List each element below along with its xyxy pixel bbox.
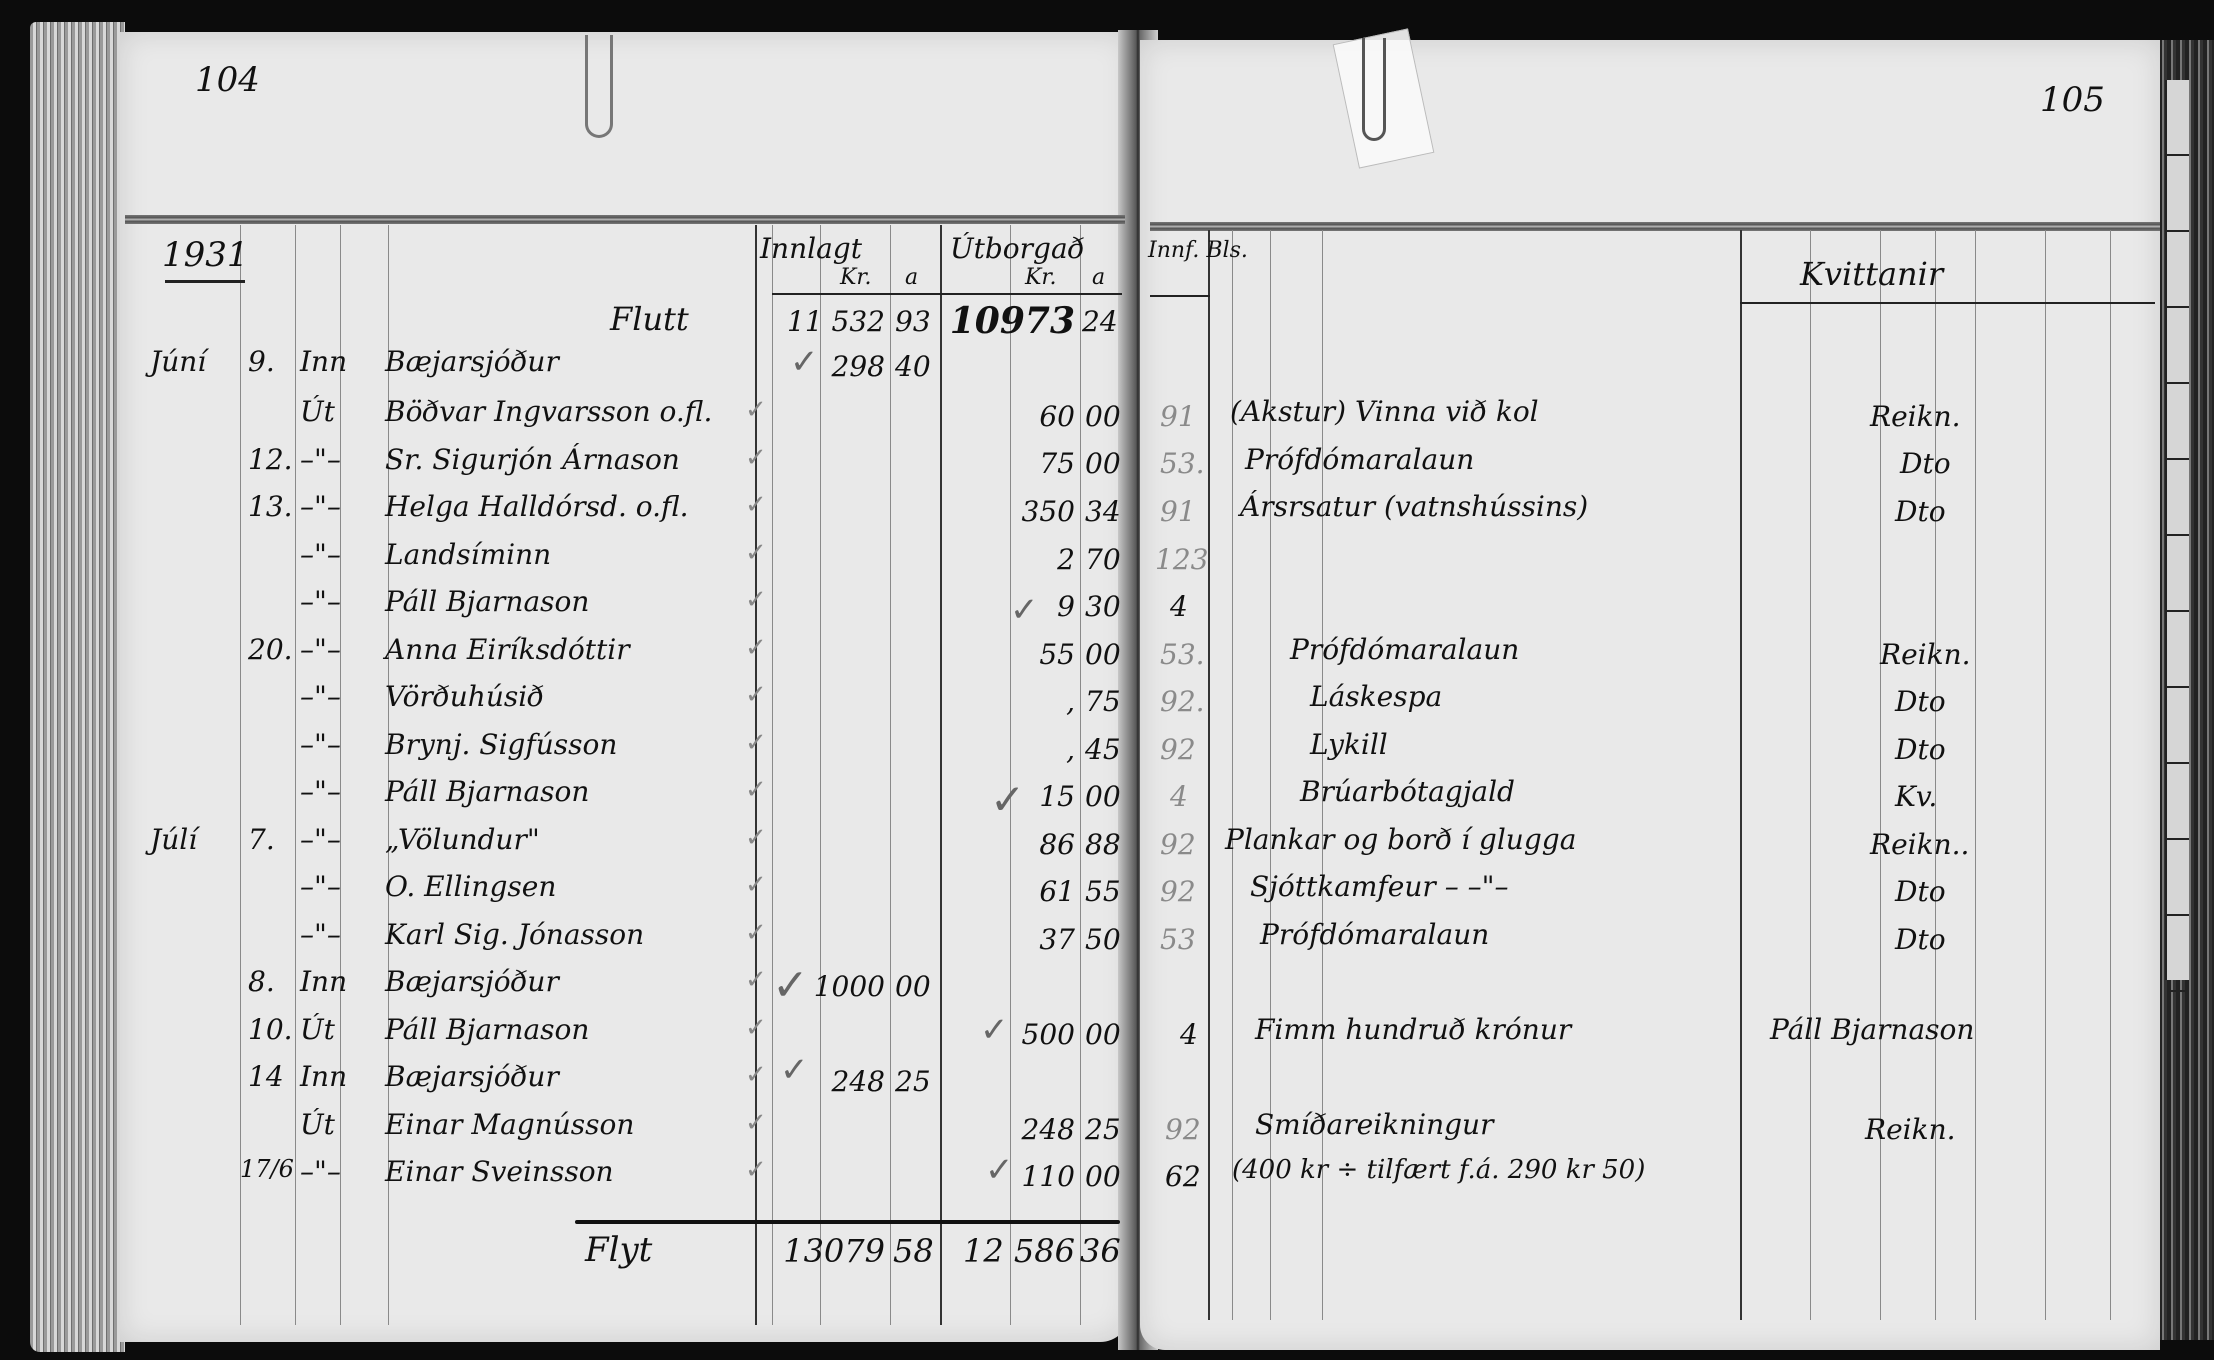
- row-receipt: Reikn..: [1870, 828, 1969, 861]
- receipts-heading: Kvittanir: [1800, 255, 1943, 293]
- row-month: Júní: [150, 345, 206, 378]
- row-type: Inn: [300, 965, 347, 998]
- row-ref: 53: [1160, 923, 1196, 956]
- carried-forward-withdrawal-kr: 10973: [945, 300, 1075, 342]
- row-out-kr: 110: [1000, 1160, 1075, 1193]
- row-out-aur: 00: [1085, 400, 1121, 433]
- row-name: Vörðuhúsið: [385, 680, 544, 713]
- row-description: Fimm hundruð krónur: [1255, 1013, 1571, 1046]
- book-edge-left: [30, 22, 125, 1352]
- row-type: –"–: [300, 918, 341, 951]
- row-type: Út: [300, 395, 335, 428]
- row-description: Smíðareikningur: [1255, 1108, 1493, 1141]
- row-receipt: Dto: [1895, 875, 1946, 908]
- row-receipt: Dto: [1895, 733, 1946, 766]
- row-ref: 92.: [1160, 685, 1205, 718]
- row-ref: 4: [1170, 780, 1188, 813]
- row-type: –"–: [300, 680, 341, 713]
- row-in-aur: 00: [895, 970, 931, 1003]
- row-name: Brynj. Sigfússon: [385, 728, 617, 761]
- row-description: (Akstur) Vinna við kol: [1230, 395, 1539, 428]
- row-type: –"–: [300, 490, 341, 523]
- row-name: Anna Eiríksdóttir: [385, 633, 630, 666]
- carried-forward-deposit-aur: 93: [895, 305, 931, 338]
- row-type: –"–: [300, 585, 341, 618]
- carry-over-withdrawal-aur: 36: [1080, 1232, 1121, 1270]
- deposits-kr-heading: Kr.: [840, 265, 872, 290]
- row-description: Prófdómaralaun: [1245, 443, 1474, 476]
- row-type: –"–: [300, 1155, 341, 1188]
- row-day: 14: [248, 1060, 284, 1093]
- row-receipt: Kv.: [1895, 780, 1937, 813]
- row-receipt: Dto: [1895, 685, 1946, 718]
- deposits-heading: Innlagt: [760, 232, 862, 265]
- row-in-aur: 40: [895, 350, 931, 383]
- row-out-aur: 75: [1085, 685, 1121, 718]
- row-out-kr: 61: [1000, 875, 1075, 908]
- row-out-aur: 55: [1085, 875, 1121, 908]
- row-type: Inn: [300, 345, 347, 378]
- carry-over-deposit-kr: 13079: [760, 1232, 885, 1270]
- row-out-kr: 60: [1000, 400, 1075, 433]
- right-page: [1140, 40, 2160, 1350]
- paperclip-icon: [1362, 38, 1386, 141]
- header-rule-left: [125, 215, 1125, 224]
- row-day: 9.: [248, 345, 275, 378]
- row-out-aur: 00: [1085, 638, 1121, 671]
- row-name: Páll Bjarnason: [385, 1013, 589, 1046]
- row-type: –"–: [300, 775, 341, 808]
- row-day: 12.: [248, 443, 293, 476]
- row-out-kr: 15: [1000, 780, 1075, 813]
- row-name: Landsíminn: [385, 538, 551, 571]
- row-ref: 4: [1170, 590, 1188, 623]
- row-ref: 91: [1160, 400, 1196, 433]
- left-page: [120, 32, 1130, 1342]
- row-ref: 92: [1160, 828, 1196, 861]
- header-rule-right: [1150, 222, 2160, 231]
- row-receipt: Dto: [1895, 923, 1946, 956]
- row-out-kr: ,: [1000, 685, 1075, 718]
- row-type: Inn: [300, 1060, 347, 1093]
- row-type: –"–: [300, 823, 341, 856]
- row-type: –"–: [300, 443, 341, 476]
- row-in-aur: 25: [895, 1065, 931, 1098]
- row-ref: 92: [1165, 1113, 1201, 1146]
- row-name: „Völundur": [385, 823, 540, 856]
- row-out-kr: 500: [1000, 1018, 1075, 1051]
- row-ref: 53.: [1160, 447, 1205, 480]
- row-type: –"–: [300, 633, 341, 666]
- row-out-kr: ,: [1000, 733, 1075, 766]
- index-tabs: [2165, 80, 2189, 980]
- row-description: Prófdómaralaun: [1290, 633, 1519, 666]
- row-description: Ársrsatur (vatnshússins): [1240, 490, 1588, 523]
- row-receipt: Reikn.: [1880, 638, 1971, 671]
- right-page-number: 105: [2040, 80, 2105, 120]
- row-out-aur: 00: [1085, 1160, 1121, 1193]
- row-out-aur: 00: [1085, 780, 1121, 813]
- row-description: Láskespa: [1310, 680, 1442, 713]
- carry-over-deposit-aur: 58: [893, 1232, 934, 1270]
- withdrawals-aur-heading: a: [1092, 265, 1105, 290]
- row-name: Karl Sig. Jónasson: [385, 918, 644, 951]
- row-type: –"–: [300, 870, 341, 903]
- row-day: 8.: [248, 965, 275, 998]
- row-name: Páll Bjarnason: [385, 585, 589, 618]
- carried-forward-deposit-kr: 11 532: [770, 305, 885, 338]
- row-in-kr: 298: [815, 350, 885, 383]
- row-receipt-signature: Páll Bjarnason: [1770, 1013, 1974, 1046]
- carry-over-label: Flyt: [585, 1230, 652, 1270]
- row-receipt: Dto: [1900, 447, 1951, 480]
- row-name: O. Ellingsen: [385, 870, 556, 903]
- carried-forward-withdrawal-aur: 24: [1082, 305, 1118, 338]
- deposits-aur-heading: a: [905, 265, 918, 290]
- row-day: 13.: [248, 490, 293, 523]
- row-out-aur: 00: [1085, 447, 1121, 480]
- row-out-kr: 55: [1000, 638, 1075, 671]
- row-day: 10.: [248, 1013, 293, 1046]
- row-ref: 92: [1160, 875, 1196, 908]
- row-in-kr: 248: [800, 1065, 885, 1098]
- row-out-aur: 88: [1085, 828, 1121, 861]
- row-description: Sjóttkamfeur – –"–: [1250, 870, 1508, 903]
- row-receipt: Reikn.: [1870, 400, 1961, 433]
- row-out-kr: 248: [1000, 1113, 1075, 1146]
- paperclip-shadow-icon: [585, 35, 613, 138]
- row-name: Sr. Sigurjón Árnason: [385, 443, 680, 476]
- row-out-kr: 350: [1000, 495, 1075, 528]
- row-description: Lykill: [1310, 728, 1388, 761]
- row-out-aur: 34: [1085, 495, 1121, 528]
- row-ref: 62: [1165, 1160, 1201, 1193]
- row-description: Plankar og borð í glugga: [1225, 823, 1576, 856]
- row-description: Prófdómaralaun: [1260, 918, 1489, 951]
- row-out-kr: 86: [1000, 828, 1075, 861]
- row-type: –"–: [300, 538, 341, 571]
- row-name: Einar Sveinsson: [385, 1155, 614, 1188]
- row-description: (400 kr ÷ tilfært f.á. 290 kr 50): [1232, 1155, 1645, 1185]
- row-month: Júlí: [150, 823, 197, 856]
- row-name: Bæjarsjóður: [385, 345, 559, 378]
- withdrawals-heading: Útborgað: [950, 232, 1085, 265]
- row-out-aur: 30: [1085, 590, 1121, 623]
- year-heading: 1931: [162, 235, 249, 275]
- row-out-aur: 70: [1085, 543, 1121, 576]
- row-description: Brúarbótagjald: [1300, 775, 1515, 808]
- row-name: Helga Halldórsd. o.fl.: [385, 490, 689, 523]
- row-name: Bæjarsjóður: [385, 965, 559, 998]
- row-out-kr: 9: [1000, 590, 1075, 623]
- row-ref: 91: [1160, 495, 1196, 528]
- ref-page-heading: Innf. Bls.: [1148, 240, 1248, 262]
- row-day: 7.: [248, 823, 275, 856]
- carry-over-withdrawal-kr: 12 586: [945, 1232, 1075, 1270]
- row-name: Páll Bjarnason: [385, 775, 589, 808]
- row-day: 17/6: [240, 1155, 294, 1183]
- row-ref: 4: [1180, 1018, 1198, 1051]
- row-out-kr: 75: [1000, 447, 1075, 480]
- row-name: Einar Magnússon: [385, 1108, 634, 1141]
- row-receipt: Reikn.: [1865, 1113, 1956, 1146]
- row-receipt: Dto: [1895, 495, 1946, 528]
- row-in-kr: 1000: [800, 970, 885, 1003]
- row-ref: 53.: [1160, 638, 1205, 671]
- row-ref: 123: [1155, 543, 1208, 576]
- withdrawals-kr-heading: Kr.: [1025, 265, 1057, 290]
- row-out-aur: 00: [1085, 1018, 1121, 1051]
- row-out-kr: 37: [1000, 923, 1075, 956]
- row-day: 20.: [248, 633, 293, 666]
- row-name: Böðvar Ingvarsson o.fl.: [385, 395, 712, 428]
- row-type: Út: [300, 1013, 335, 1046]
- row-out-aur: 45: [1085, 733, 1121, 766]
- row-ref: 92: [1160, 733, 1196, 766]
- row-out-aur: 25: [1085, 1113, 1121, 1146]
- left-page-number: 104: [195, 60, 260, 100]
- row-out-kr: 2: [1000, 543, 1075, 576]
- carried-forward-label: Flutt: [610, 300, 689, 338]
- row-type: –"–: [300, 728, 341, 761]
- row-out-aur: 50: [1085, 923, 1121, 956]
- total-underline: [575, 1220, 1120, 1224]
- row-type: Út: [300, 1108, 335, 1141]
- row-name: Bæjarsjóður: [385, 1060, 559, 1093]
